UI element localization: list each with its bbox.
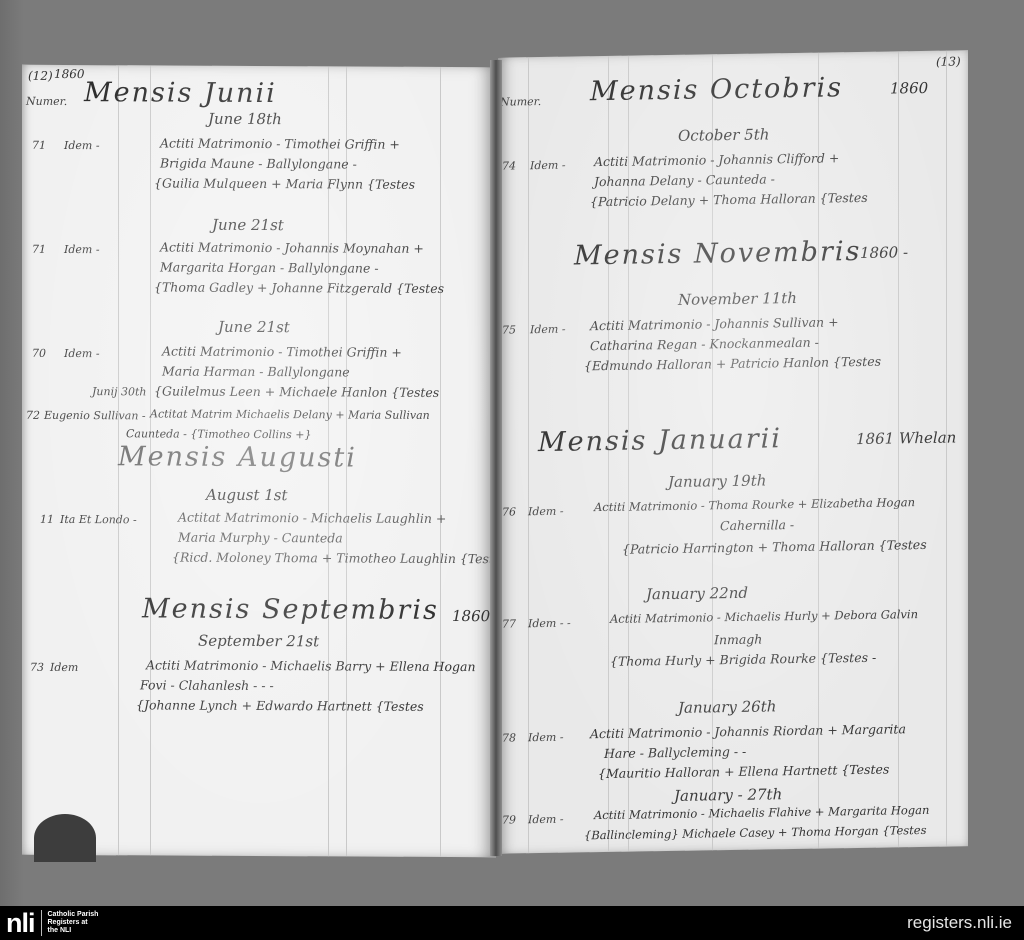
month-heading: Mensis Novembris [574,236,861,272]
entry-number: 71 [32,139,46,152]
entry-line: Hare - Ballycleming - - [604,744,746,761]
entry-line: Actiti Matrimonio - Johannis Moynahan + [160,239,424,255]
entry-date: September 21st [198,632,319,651]
entry-line: Actiti Matrimonio - Johannis Sullivan + [590,314,839,333]
entry-date: January - 27th [674,785,782,805]
thumb-shadow [34,814,96,862]
entry-line: Actiti Matrimonio - Michaelis Hurly + De… [610,607,918,626]
entry-priest: Idem - [64,243,100,256]
margin-note: Junij 30th [92,385,147,398]
column-header: Numer. [26,95,67,108]
entry-number: 71 [32,243,46,256]
brand-line: Catholic Parish [48,911,112,919]
entry-number: 77 [502,617,516,630]
entry-line: Cahernilla - [720,517,794,533]
month-heading: Mensis Octobris [590,72,843,107]
entry-line: {Ballincleming} Michaele Casey + Thoma H… [584,823,927,842]
entry-line: {Thoma Gadley + Johanne Fitzgerald {Test… [154,279,444,296]
year-note: 1860 [452,607,490,625]
entry-line: Johanna Delany - Caunteda - [594,171,775,189]
entry-priest: Eugenio Sullivan - [44,409,146,423]
entry-line: {Johanne Lynch + Edwardo Hartnett {Teste… [136,697,424,714]
register-page-left: (12) 1860 Numer. Mensis Junii June 18th … [22,65,496,857]
entry-priest: Idem - [530,323,566,337]
month-heading: Mensis Septembris [142,593,439,626]
entry-date: October 5th [678,125,769,144]
year-note: 1860 [890,79,928,98]
entry-number: 72 [26,409,40,422]
entry-date: June 18th [208,110,282,128]
entry-date: June 21st [212,216,284,234]
footer-bar: nli Catholic Parish Registers at the NLI… [0,906,1024,940]
entry-line: {Patricio Delany + Thoma Halloran {Teste… [590,190,868,209]
entry-line: Actiti Matrimonio - Thoma Rourke + Eliza… [594,495,915,514]
entry-line: Maria Harman - Ballylongane [162,363,350,379]
entry-priest: Ita Et Londo - [60,513,137,526]
entry-date: January 26th [678,697,776,717]
nli-brand[interactable]: nli Catholic Parish Registers at the NLI [6,906,112,940]
entry-line: Actiti Matrimonio - Michaelis Barry + El… [146,657,476,674]
entry-line: Catharina Regan - Knockanmealan - [590,335,819,354]
entry-number: 11 [40,513,54,526]
entry-priest: Idem - [530,159,566,173]
entry-number: 73 [30,661,44,674]
year-note: 1861 Whelan [856,428,956,448]
page-number: (13) [936,54,961,68]
entry-priest: Idem - [528,813,564,827]
entry-line: Brigida Maune - Ballylongane - [160,155,357,171]
scan-viewer[interactable]: (12) 1860 Numer. Mensis Junii June 18th … [0,0,1024,906]
site-link[interactable]: registers.nli.ie [907,913,1012,933]
entry-line: Inmagh [714,632,762,648]
nli-logo: nli [6,910,42,936]
entry-line: Actiti Matrimonio - Michaelis Flahive + … [594,803,929,822]
entry-line: Actitat Matrimonio - Michaelis Laughlin … [178,510,446,526]
entry-line: Actiti Matrimonio - Johannis Clifford + [594,150,839,169]
entry-number: 79 [502,813,516,826]
brand-line: Registers at [48,919,112,927]
entry-date: August 1st [206,486,288,504]
year-note: 1860 - [860,243,908,262]
entry-number: 78 [502,731,516,744]
entry-number: 70 [32,347,46,360]
entry-line: Caunteda - {Timotheo Collins +} [126,427,311,441]
entry-line: {Guilia Mulqueen + Maria Flynn {Testes [154,175,415,191]
month-heading: Mensis Augusti [118,441,357,473]
entry-priest: Idem - [64,347,100,360]
entry-priest: Idem [50,661,78,674]
year-corner: 1860 [54,67,85,81]
brand-line: the NLI [48,927,112,935]
entry-line: Actiti Matrimonio - Timothei Griffin + [160,135,400,151]
entry-date: January 19th [668,471,766,491]
entry-priest: Idem - [528,731,564,745]
column-rule [440,67,441,857]
entry-number: 75 [502,323,516,336]
entry-line: Maria Murphy - Caunteda [178,530,343,546]
scan-edge-shadow [0,0,24,906]
column-header: Numer. [500,95,541,109]
page-number: (12) [28,69,53,83]
entry-number: 74 [502,159,516,172]
entry-line: Margarita Horgan - Ballylongane - [160,259,379,275]
entry-line: {Thoma Hurly + Brigida Rourke {Testes - [610,650,876,669]
entry-number: 76 [502,505,516,518]
entry-line: {Ricd. Moloney Thoma + Timotheo Laughlin… [172,550,496,567]
entry-line: {Mauritio Halloran + Ellena Hartnett {Te… [598,762,889,782]
entry-date: June 21st [218,318,290,336]
entry-priest: Idem - [528,505,564,519]
entry-priest: Idem - [64,139,100,152]
entry-line: Actitat Matrim Michaelis Delany + Maria … [150,407,430,421]
brand-text: Catholic Parish Registers at the NLI [42,911,112,935]
entry-line: {Patricio Harrington + Thoma Halloran {T… [622,537,927,557]
entry-line: {Guilelmus Leen + Michaele Hanlon {Teste… [154,383,439,399]
book-gutter [490,60,502,856]
entry-line: Actiti Matrimonio - Johannis Riordan + M… [590,721,906,741]
column-rule [946,51,947,847]
entry-date: November 11th [678,289,797,309]
month-heading: Mensis Junii [84,77,277,109]
entry-date: January 22nd [646,584,748,604]
entry-line: Actiti Matrimonio - Timothei Griffin + [162,343,402,359]
entry-priest: Idem - - [528,617,571,631]
register-page-right: (13) Numer. Mensis Octobris 1860 October… [498,50,968,853]
month-heading: Mensis Januarii [538,423,782,458]
entry-line: Fovi - Clahanlesh - - - [140,677,274,693]
